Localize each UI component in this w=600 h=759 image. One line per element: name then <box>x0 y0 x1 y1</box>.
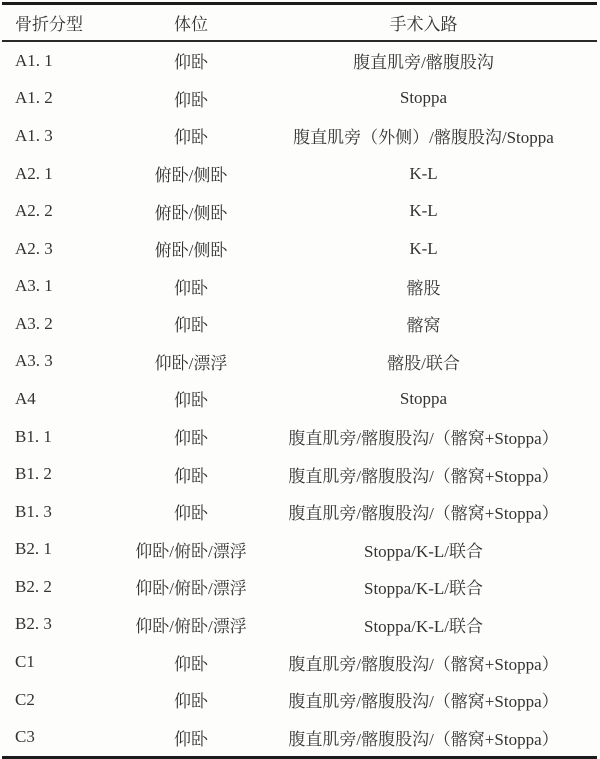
cell-fracture-type: A4 <box>2 389 132 409</box>
cell-position: 仰卧 <box>132 386 250 411</box>
cell-fracture-type: A2. 3 <box>2 239 132 259</box>
table-row: C2 仰卧 腹直肌旁/髂腹股沟/（髂窝+Stoppa） <box>2 681 597 719</box>
cell-position: 仰卧/俯卧/漂浮 <box>132 574 250 599</box>
table-row: A3. 2 仰卧 髂窝 <box>2 305 597 343</box>
cell-fracture-type: C1 <box>2 652 132 672</box>
table-row: B1. 3 仰卧 腹直肌旁/髂腹股沟/（髂窝+Stoppa） <box>2 493 597 531</box>
cell-approach: 髂股/联合 <box>250 349 597 374</box>
header-fracture-type: 骨折分型 <box>2 10 132 35</box>
cell-approach: 腹直肌旁/髂腹股沟/（髂窝+Stoppa） <box>250 462 597 487</box>
table-row: A1. 2 仰卧 Stoppa <box>2 80 597 118</box>
cell-position: 仰卧 <box>132 687 250 712</box>
cell-approach: K-L <box>250 164 597 184</box>
cell-fracture-type: B2. 2 <box>2 577 132 597</box>
cell-approach: 腹直肌旁（外侧）/髂腹股沟/Stoppa <box>250 123 597 148</box>
cell-position: 仰卧 <box>132 48 250 73</box>
table-row: A1. 1 仰卧 腹直肌旁/髂腹股沟 <box>2 42 597 80</box>
table-row: B2. 1 仰卧/俯卧/漂浮 Stoppa/K-L/联合 <box>2 531 597 569</box>
cell-fracture-type: C2 <box>2 690 132 710</box>
cell-fracture-type: A3. 3 <box>2 351 132 371</box>
cell-position: 仰卧 <box>132 274 250 299</box>
cell-position: 仰卧 <box>132 650 250 675</box>
cell-approach: Stoppa <box>250 88 597 108</box>
cell-fracture-type: A3. 1 <box>2 276 132 296</box>
cell-approach: Stoppa/K-L/联合 <box>250 612 597 637</box>
cell-fracture-type: A2. 2 <box>2 201 132 221</box>
cell-fracture-type: B2. 1 <box>2 539 132 559</box>
table-row: B1. 1 仰卧 腹直肌旁/髂腹股沟/（髂窝+Stoppa） <box>2 418 597 456</box>
cell-approach: 腹直肌旁/髂腹股沟/（髂窝+Stoppa） <box>250 725 597 750</box>
cell-position: 仰卧 <box>132 499 250 524</box>
cell-position: 仰卧/俯卧/漂浮 <box>132 537 250 562</box>
cell-fracture-type: B1. 3 <box>2 502 132 522</box>
cell-position: 仰卧/俯卧/漂浮 <box>132 612 250 637</box>
table-header-row: 骨折分型 体位 手术入路 <box>2 5 597 42</box>
cell-fracture-type: A1. 1 <box>2 51 132 71</box>
cell-approach: K-L <box>250 239 597 259</box>
cell-position: 俯卧/侧卧 <box>132 161 250 186</box>
cell-approach: 髂股 <box>250 274 597 299</box>
cell-fracture-type: A3. 2 <box>2 314 132 334</box>
scanned-table-page: 骨折分型 体位 手术入路 A1. 1 仰卧 腹直肌旁/髂腹股沟 A1. 2 仰卧… <box>0 0 600 756</box>
fracture-approach-table: 骨折分型 体位 手术入路 A1. 1 仰卧 腹直肌旁/髂腹股沟 A1. 2 仰卧… <box>2 2 597 759</box>
table-row: A1. 3 仰卧 腹直肌旁（外侧）/髂腹股沟/Stoppa <box>2 117 597 155</box>
cell-approach: K-L <box>250 201 597 221</box>
cell-approach: 腹直肌旁/髂腹股沟/（髂窝+Stoppa） <box>250 687 597 712</box>
table-row: A4 仰卧 Stoppa <box>2 380 597 418</box>
cell-fracture-type: B1. 1 <box>2 427 132 447</box>
cell-fracture-type: A1. 2 <box>2 88 132 108</box>
cell-position: 俯卧/侧卧 <box>132 199 250 224</box>
cell-approach: 髂窝 <box>250 311 597 336</box>
cell-position: 仰卧 <box>132 462 250 487</box>
cell-approach: Stoppa/K-L/联合 <box>250 574 597 599</box>
header-position: 体位 <box>132 10 250 35</box>
cell-position: 仰卧 <box>132 725 250 750</box>
cell-position: 仰卧 <box>132 311 250 336</box>
table-row: C3 仰卧 腹直肌旁/髂腹股沟/（髂窝+Stoppa） <box>2 718 597 756</box>
cell-approach: 腹直肌旁/髂腹股沟 <box>250 48 597 73</box>
cell-approach: 腹直肌旁/髂腹股沟/（髂窝+Stoppa） <box>250 424 597 449</box>
cell-fracture-type: B1. 2 <box>2 464 132 484</box>
cell-approach: 腹直肌旁/髂腹股沟/（髂窝+Stoppa） <box>250 650 597 675</box>
header-approach: 手术入路 <box>250 10 597 35</box>
cell-fracture-type: B2. 3 <box>2 614 132 634</box>
table-row: B2. 2 仰卧/俯卧/漂浮 Stoppa/K-L/联合 <box>2 568 597 606</box>
cell-position: 仰卧 <box>132 123 250 148</box>
table-row: A2. 2 俯卧/侧卧 K-L <box>2 192 597 230</box>
table-row: A3. 1 仰卧 髂股 <box>2 267 597 305</box>
cell-position: 仰卧/漂浮 <box>132 349 250 374</box>
table-row: A3. 3 仰卧/漂浮 髂股/联合 <box>2 343 597 381</box>
table-row: A2. 3 俯卧/侧卧 K-L <box>2 230 597 268</box>
table-row: B2. 3 仰卧/俯卧/漂浮 Stoppa/K-L/联合 <box>2 606 597 644</box>
cell-position: 仰卧 <box>132 86 250 111</box>
cell-approach: Stoppa <box>250 389 597 409</box>
table-row: A2. 1 俯卧/侧卧 K-L <box>2 155 597 193</box>
cell-fracture-type: A2. 1 <box>2 164 132 184</box>
cell-position: 俯卧/侧卧 <box>132 236 250 261</box>
table-row: B1. 2 仰卧 腹直肌旁/髂腹股沟/（髂窝+Stoppa） <box>2 455 597 493</box>
table-row: C1 仰卧 腹直肌旁/髂腹股沟/（髂窝+Stoppa） <box>2 643 597 681</box>
cell-fracture-type: A1. 3 <box>2 126 132 146</box>
cell-fracture-type: C3 <box>2 727 132 747</box>
cell-approach: Stoppa/K-L/联合 <box>250 537 597 562</box>
table-body: A1. 1 仰卧 腹直肌旁/髂腹股沟 A1. 2 仰卧 Stoppa A1. 3… <box>2 42 597 756</box>
cell-approach: 腹直肌旁/髂腹股沟/（髂窝+Stoppa） <box>250 499 597 524</box>
cell-position: 仰卧 <box>132 424 250 449</box>
